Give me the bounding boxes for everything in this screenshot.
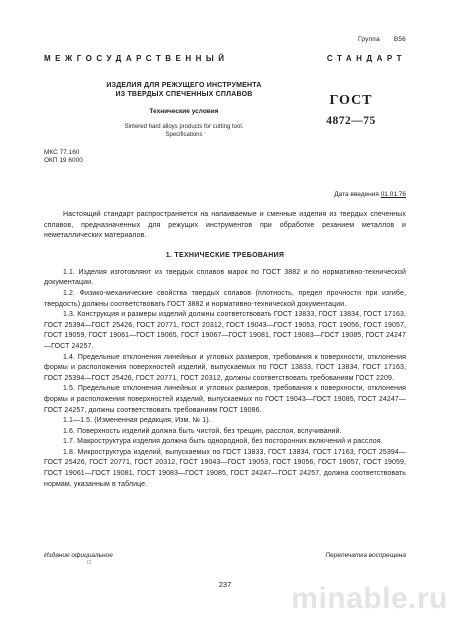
footer-row: Издание официальное □ Перепечатка воспре…: [44, 552, 406, 566]
designation-word: ГОСТ: [296, 93, 406, 109]
reprint-notice: Перепечатка воспрещена: [325, 552, 406, 566]
amendment-note: 1.1—1.5. (Измененная редакция, Изм. № 1)…: [44, 416, 406, 427]
subtitle-english-line-1: Sintered hard alloys products for cuttin…: [72, 123, 296, 131]
clause-1-3: 1.3. Конструкция и размеры изделий должн…: [44, 310, 406, 352]
document-page: ГруппаВ56 МЕЖГОСУДАРСТВЕННЫЙ СТАНДАРТ ИЗ…: [0, 0, 450, 636]
body-text: Настоящий стандарт распространяется на н…: [44, 210, 406, 490]
standard-kind-word-2: СТАНДАРТ: [327, 54, 406, 63]
official-edition-block: Издание официальное □: [44, 552, 134, 566]
effective-date-label: Дата введения: [334, 191, 379, 198]
group-label: Группа: [358, 36, 380, 43]
subtitle-russian: Технические условия: [72, 108, 296, 115]
clause-1-8: 1.8. Микроструктура изделий, выпускаемых…: [44, 448, 406, 490]
star-icon: □: [44, 560, 134, 566]
subtitle-english: Sintered hard alloys products for cuttin…: [72, 123, 296, 139]
mks-code: МКС 77.160: [44, 149, 406, 157]
clause-1-2: 1.2. Физико-механические свойства тверды…: [44, 289, 406, 310]
designation-number: 4872—75: [296, 115, 406, 127]
group-value: В56: [394, 36, 406, 43]
title-block: ИЗДЕЛИЯ ДЛЯ РЕЖУЩЕГО ИНСТРУМЕНТА ИЗ ТВЕР…: [44, 81, 296, 139]
clause-1-7: 1.7. Макроструктура изделия должна быть …: [44, 437, 406, 448]
watermark-text: minable.ru: [291, 582, 448, 616]
header-columns: ИЗДЕЛИЯ ДЛЯ РЕЖУЩЕГО ИНСТРУМЕНТА ИЗ ТВЕР…: [44, 81, 406, 139]
clause-1-1: 1.1. Изделия изготовляют из твердых спла…: [44, 268, 406, 289]
intro-paragraph: Настоящий стандарт распространяется на н…: [44, 210, 406, 242]
clause-1-4: 1.4. Предельные отклонения линейных и уг…: [44, 353, 406, 385]
standard-kind-line: МЕЖГОСУДАРСТВЕННЫЙ СТАНДАРТ: [44, 54, 406, 63]
standard-kind-word-1: МЕЖГОСУДАРСТВЕННЫЙ: [44, 54, 228, 63]
official-edition-label: Издание официальное: [44, 552, 134, 559]
page-content: ГруппаВ56 МЕЖГОСУДАРСТВЕННЫЙ СТАНДАРТ ИЗ…: [44, 36, 406, 490]
document-title-line-1: ИЗДЕЛИЯ ДЛЯ РЕЖУЩЕГО ИНСТРУМЕНТА: [72, 81, 296, 90]
designation-block: ГОСТ 4872—75: [296, 81, 406, 139]
clause-1-6: 1.6. Поверхность изделий должна быть чис…: [44, 427, 406, 438]
clause-1-5: 1.5. Предельные отклонения линейных и уг…: [44, 384, 406, 416]
classification-codes: МКС 77.160 ОКП 19 6000: [44, 149, 406, 165]
okp-code: ОКП 19 6000: [44, 157, 406, 165]
subtitle-english-line-2: Specifications: [72, 131, 296, 139]
document-title-line-2: ИЗ ТВЕРДЫХ СПЕЧЕННЫХ СПЛАВОВ: [72, 90, 296, 99]
effective-date-line: Дата введения 01.01.76: [44, 191, 406, 198]
group-line: ГруппаВ56: [44, 36, 406, 43]
document-title: ИЗДЕЛИЯ ДЛЯ РЕЖУЩЕГО ИНСТРУМЕНТА ИЗ ТВЕР…: [72, 81, 296, 99]
section-1-heading: 1. ТЕХНИЧЕСКИЕ ТРЕБОВАНИЯ: [44, 252, 406, 259]
effective-date-value: 01.01.76: [381, 191, 406, 198]
